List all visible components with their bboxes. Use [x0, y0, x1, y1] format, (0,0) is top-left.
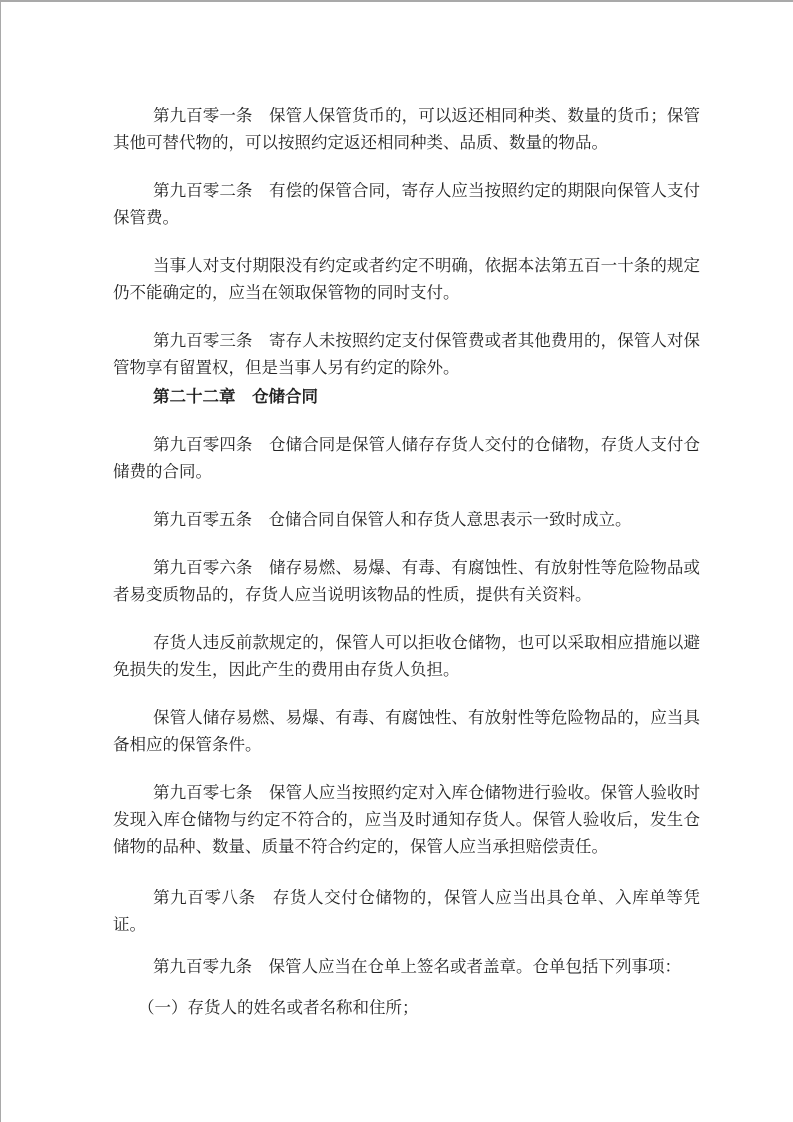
- article-paragraph: 第九百零六条 储存易燃、易爆、有毒、有腐蚀性、有放射性等危险物品或者易变质物品的…: [113, 554, 700, 608]
- article-paragraph: 第九百零五条 仓储合同自保管人和存货人意思表示一致时成立。: [113, 506, 700, 533]
- article-paragraph: 第九百零二条 有偿的保管合同，寄存人应当按照约定的期限向保管人支付保管费。: [113, 177, 700, 231]
- legal-document-text-block: 第九百零一条 保管人保管货币的，可以返还相同种类、数量的货币；保管其他可替代物的…: [1, 2, 793, 1122]
- article-paragraph: 存货人违反前款规定的，保管人可以拒收仓储物，也可以采取相应措施以避免损失的发生，…: [113, 629, 700, 683]
- list-item-paragraph: （一）存货人的姓名或者名称和住所；: [113, 994, 700, 1021]
- article-paragraph: 第九百零八条 存货人交付仓储物的，保管人应当出具仓单、入库单等凭证。: [113, 884, 700, 938]
- article-paragraph: 当事人对支付期限没有约定或者约定不明确，依据本法第五百一十条的规定仍不能确定的，…: [113, 252, 700, 306]
- article-paragraph: 第九百零三条 寄存人未按照约定支付保管费或者其他费用的，保管人对保管物享有留置权…: [113, 327, 700, 381]
- article-paragraph: 第九百零四条 仓储合同是保管人储存存货人交付的仓储物，存货人支付仓储费的合同。: [113, 431, 700, 485]
- chapter-heading: 第二十二章 仓储合同: [113, 383, 700, 410]
- article-paragraph: 第九百零七条 保管人应当按照约定对入库仓储物进行验收。保管人验收时发现入库仓储物…: [113, 779, 700, 860]
- document-page-background: { "page": { "background": "#ffffff", "ed…: [0, 0, 793, 1122]
- article-paragraph: 保管人储存易燃、易爆、有毒、有腐蚀性、有放射性等危险物品的，应当具备相应的保管条…: [113, 704, 700, 758]
- article-paragraph: 第九百零九条 保管人应当在仓单上签名或者盖章。仓单包括下列事项：: [113, 953, 700, 980]
- article-paragraph: 第九百零一条 保管人保管货币的，可以返还相同种类、数量的货币；保管其他可替代物的…: [113, 102, 700, 156]
